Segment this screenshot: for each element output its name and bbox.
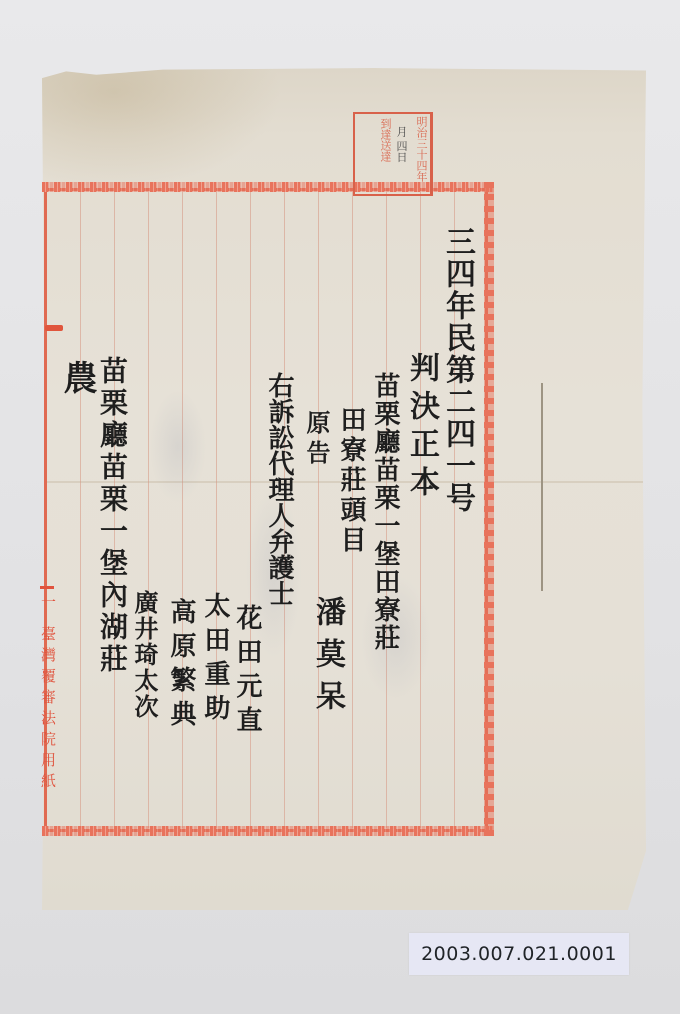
- stamp-line-delivery: 到達送達: [379, 118, 391, 162]
- title-column: 判決正本: [404, 352, 438, 504]
- pencil-line: [541, 383, 543, 591]
- attorney-3-column: 高原繁典: [166, 598, 196, 734]
- plaintiff-label-column: 原告: [302, 410, 330, 470]
- defendant-address-column: 苗栗廳苗栗一堡內湖莊: [96, 356, 128, 676]
- attorney-1-column: 花田元直: [232, 604, 262, 740]
- attorney-4-column: 廣井琦太次: [130, 590, 158, 720]
- receipt-stamp: 明治三十四年 月 四日 到達送達: [353, 112, 433, 196]
- frame-right-border: [484, 182, 494, 836]
- attorney-label-column: 右訴訟代理人弁護士: [264, 372, 294, 606]
- stamp-line-day: 月 四日: [395, 126, 407, 163]
- frame-bottom-border: [42, 826, 494, 836]
- stamp-line-date: 明治三十四年: [415, 116, 427, 182]
- case-number-column: 三四年民第二四一号: [440, 226, 474, 514]
- paper-stain: [42, 68, 282, 188]
- catalog-number: 2003.007.021.0001: [421, 943, 617, 965]
- defendant-name-column: 農: [58, 360, 96, 398]
- plaintiff-address-column: 苗栗廳苗栗一堡田寮莊: [370, 372, 400, 652]
- catalog-number-label: 2003.007.021.0001: [409, 933, 629, 975]
- attorney-2-column: 太田重助: [200, 592, 230, 728]
- plaintiff-role-column: 田寮莊頭目: [336, 406, 366, 556]
- plaintiff-name-column: 潘莫呆: [310, 596, 344, 722]
- red-margin-mark: [45, 325, 63, 331]
- printed-margin-caption: 一 臺灣覆審法院用紙: [40, 594, 56, 794]
